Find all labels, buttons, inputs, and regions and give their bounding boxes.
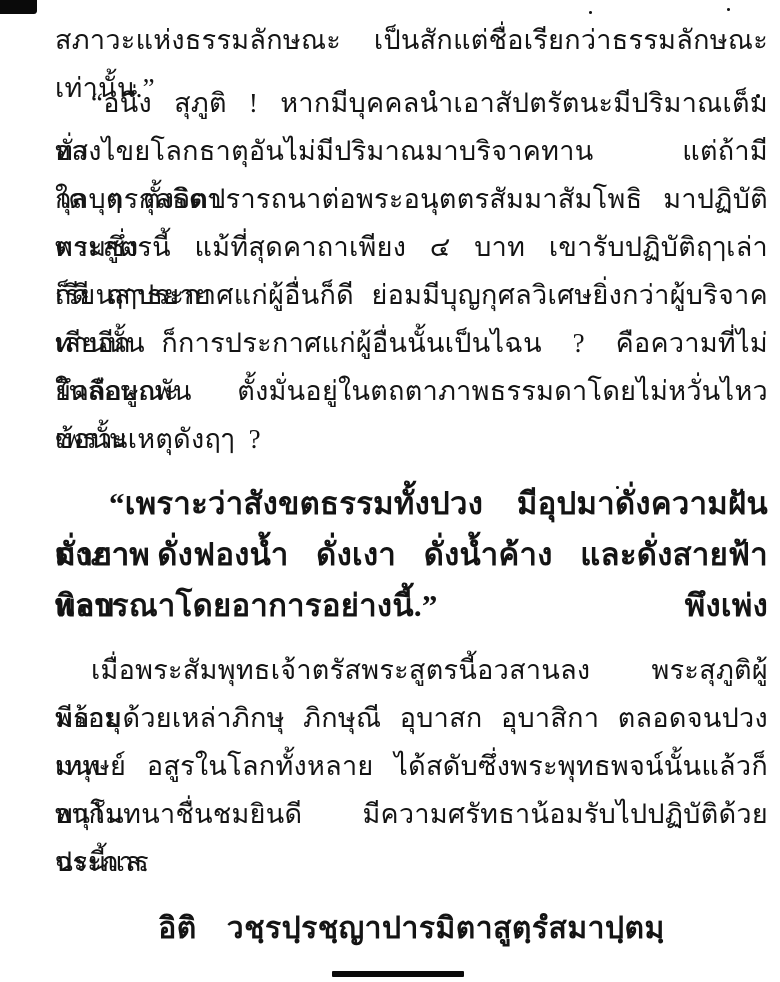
end-of-text-rule (332, 971, 464, 977)
text-line: เมื่อพระสัมพุทธเจ้าตรัสพระสูตรนี้อวสานลง… (55, 646, 768, 694)
text-line: อนุโมทนาชื่นชมยินดี มีความศรัทธาน้อมรับไ… (55, 790, 768, 838)
text-line: ใด ๆ ตั้งจิตปรารถนาต่อพระอนุตตรสัมมาสัมโ… (55, 175, 768, 223)
text-line: เพราะเหตุดังฤๅ ? (55, 415, 768, 463)
text-line: “อนึ่ง สุภูติ ! หากมีบุคคลนำเอาสัปตรัตนะ… (55, 79, 768, 127)
scan-blotch-corner (0, 0, 37, 14)
scan-speck (756, 94, 760, 98)
text-line: เสียอีก ก็การประกาศแก่ผู้อื่นนั้นเป็นไฉน… (55, 319, 768, 367)
text-column: สภาวะแห่งธรรมลักษณะ เป็นสักแต่ชื่อเรียกว… (55, 16, 768, 954)
text-line: อสงไขยโลกธาตุอันไม่มีปริมาณมาบริจาคทาน แ… (55, 127, 768, 175)
scan-speck (589, 11, 592, 14)
text-line: สภาวะแห่งธรรมลักษณะ เป็นสักแต่ชื่อเรียกว… (55, 16, 768, 64)
text-line: ฉะนี้แล. (55, 838, 768, 886)
text-line: พร้อมด้วยเหล่าภิกษุ ภิกษุณี อุบาสก อุบาส… (55, 694, 768, 742)
scan-speck (616, 486, 619, 489)
verse-line: มายา ดั่งฟองน้ำ ดั่งเงา ดั่งน้ำค้าง และด… (55, 529, 768, 580)
text-line: ก็ดี ฤๅประกาศแก่ผู้อื่นก็ดี ย่อมมีบุญกุศ… (55, 271, 768, 319)
text-line: พระสูตรนี้ แม้ที่สุดคาถาเพียง ๔ บาท เขาร… (55, 223, 768, 271)
scanned-page: สภาวะแห่งธรรมลักษณะ เป็นสักแต่ชื่อเรียกว… (0, 0, 780, 982)
text-line: มนุษย์ อสูรในโลกทั้งหลาย ได้สดับซึ่งพระพ… (55, 742, 768, 790)
colophon: อิติ วชฺรปฺรชฺญาปารมิตาสูตฺรํสมาปฺตมฺ (55, 904, 768, 954)
verse-line: “เพราะว่าสังขตธรรมทั้งปวง มีอุปมาดั่งควา… (55, 478, 768, 529)
scan-speck (727, 8, 730, 11)
text-line: ในลักษณะ ตั้งมั่นอยู่ในตถตาภาพธรรมดาโดยไ… (55, 367, 768, 415)
